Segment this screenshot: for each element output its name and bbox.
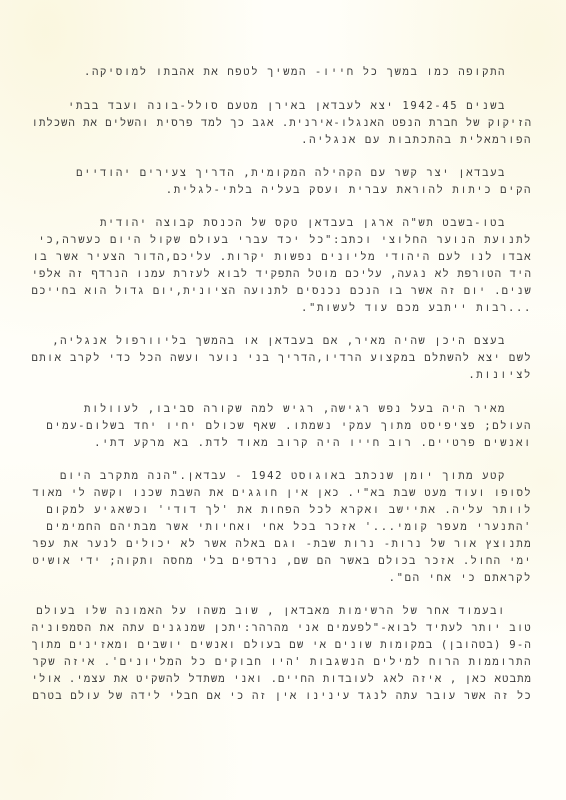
text-line: אבדו לנו לעם היהודי מליונים נפשות יקרות.… [32,250,532,264]
text-line: ובעמוד אחר של הרשימות מאבדאן , שוב משהו … [36,604,506,618]
text-line: בשנים 1942-45 יצא לעבדאן באירן מטעם סולל… [68,99,506,113]
text-line: לוותר עליה. אתיישב ואקרא לכל הפחות את 'ל… [46,503,532,517]
text-line: קטע מתוך יומן שנכתב באוגוסט 1942 - עבדאן… [60,469,506,483]
text-line: ימי החול. אזכר בכולם באשר הם שם, נרדפים … [32,554,532,568]
text-line: ה-9 (בטהובן) במקומות שונים אי שם בעולם ו… [32,638,533,652]
text-line: בטו-בשבט תש"ה ארגן בעבדאן טקס של הכנסת ק… [100,216,506,230]
text-line: בעצם היכן שהיה מאיר, אם בעבדאן או בהמשך … [52,334,506,348]
text-line: הפורמאלית בהתכתבות עם אנגליה. [301,133,532,147]
text-line: בעבדאן יצר קשר עם הקהילה המקומית, הדריך … [76,166,506,180]
text-line: לציונות. [468,368,532,382]
text-line: לשם יצא להשתלם במקצוע הרדיו,הדריך בני נו… [32,351,532,365]
text-line: 'התנערי מעפר קומי...' אזכר בכל אחי ואחיו… [46,520,532,534]
text-line: מתנוצץ אור של נרות- נרות שבת- וגם באלה א… [32,537,532,551]
scanned-document-page: התקופה כמו במשך כל חייו- המשיך לטפח את א… [0,0,566,800]
text-line: מתבטא כאן , איזה לאג לעובדות החיים. ואני… [32,672,532,686]
text-line: שנים. יום זה אשר בו הנכם נכנסים לתנועה ה… [32,284,532,298]
text-line: ואנשים פרטיים. רוב חייו היה קרוב מאוד לד… [94,436,532,450]
text-line: כל זה אשר עובר עתה לנגד עינינו אין זה כי… [33,689,533,703]
text-line: ...רבות ייתבע מכם עוד לעשות". [301,301,532,315]
text-line: לסופו ועוד מעט שבת בא"י. כאן אין חוגגים … [32,486,532,500]
text-line: היד הטורפת לא נגעה, עליכם מוטל התפקיד לב… [32,267,532,281]
text-line: הזיקוק של חברת הנפט האנגלו-אירנית. אגב כ… [32,116,532,130]
text-line: טוב יותר לעתיד לבוא-"לפעמים אני מהרהר:ית… [32,621,532,635]
text-line: העולם; פציפיסט מתוך עמקי נשמתו. שאף שכול… [46,419,532,433]
text-line: לתנועת הנוער החלוצי וכתב:"כל יכד עברי בע… [38,233,532,247]
text-line: לקראתם כי אחי הם". [389,571,532,585]
text-line: מאיר היה בעל נפש רגישה, רגיש למה שקורה ס… [84,402,506,416]
text-line: הקים כיתות להוראת עברית ועסק בעליה בלתי-… [166,183,532,197]
text-line: התקופה כמו במשך כל חייו- המשיך לטפח את א… [84,65,506,79]
text-line: התרוממות הרוח למילים הנשגבות 'היו חבוקים… [32,655,532,669]
